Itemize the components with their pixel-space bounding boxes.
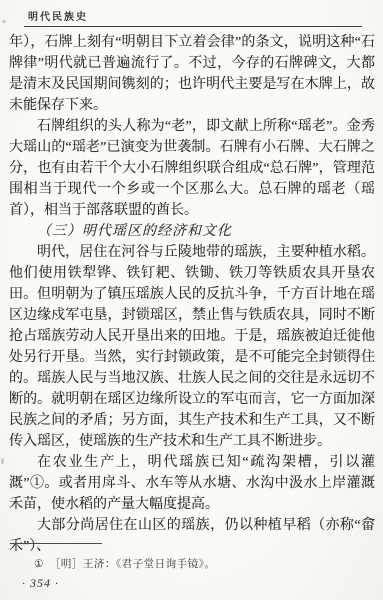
section-heading: （三）明代瑶区的经济和文化 [9, 221, 375, 242]
paragraph-continuation: 年），石牌上刻有“明朝目下立着会律”的条文，说明这种“石牌律”明代就已普遍流行了… [9, 32, 375, 116]
footnote-divider [10, 543, 102, 544]
paragraph-agriculture-blockade: 明代，居住在河谷与丘陵地带的瑶族，主要种植水稻。他们使用铁犁铧、铁钉耙、铁锄、铁… [9, 242, 375, 452]
header-rule [24, 26, 362, 27]
running-header-title: 明代民族史 [28, 8, 88, 23]
paragraph-irrigation: 在农业生产上，明代瑶族已知“疏沟架槽，引以灌溉”①。或者用戽斗、水车等从水塘、水… [9, 452, 375, 515]
footnote-marker: ① [34, 559, 44, 570]
scan-artifact [1, 458, 4, 464]
scan-artifact [2, 19, 7, 24]
footnote: ①［明］王济：《君子堂日询手镜》。 [34, 556, 215, 571]
page-number: · 354 · [22, 576, 59, 591]
paragraph-mountain-yao: 大部分尚居住在山区的瑶族，仍以种植早稻（亦称“畲禾”）、 [9, 515, 375, 557]
footnote-text: ［明］王济：《君子堂日询手镜》。 [50, 559, 216, 570]
book-page: 明代民族史 年），石牌上刻有“明朝目下立着会律”的条文，说明这种“石牌律”明代就… [0, 0, 383, 600]
paragraph-shipai-organization: 石牌组织的头人称为“老”，即文献上所称“瑶老”。金秀大瑶山的“瑶老”已演变为世袭… [9, 116, 375, 221]
page-body-text: 年），石牌上刻有“明朝目下立着会律”的条文，说明这种“石牌律”明代就已普遍流行了… [9, 32, 375, 557]
